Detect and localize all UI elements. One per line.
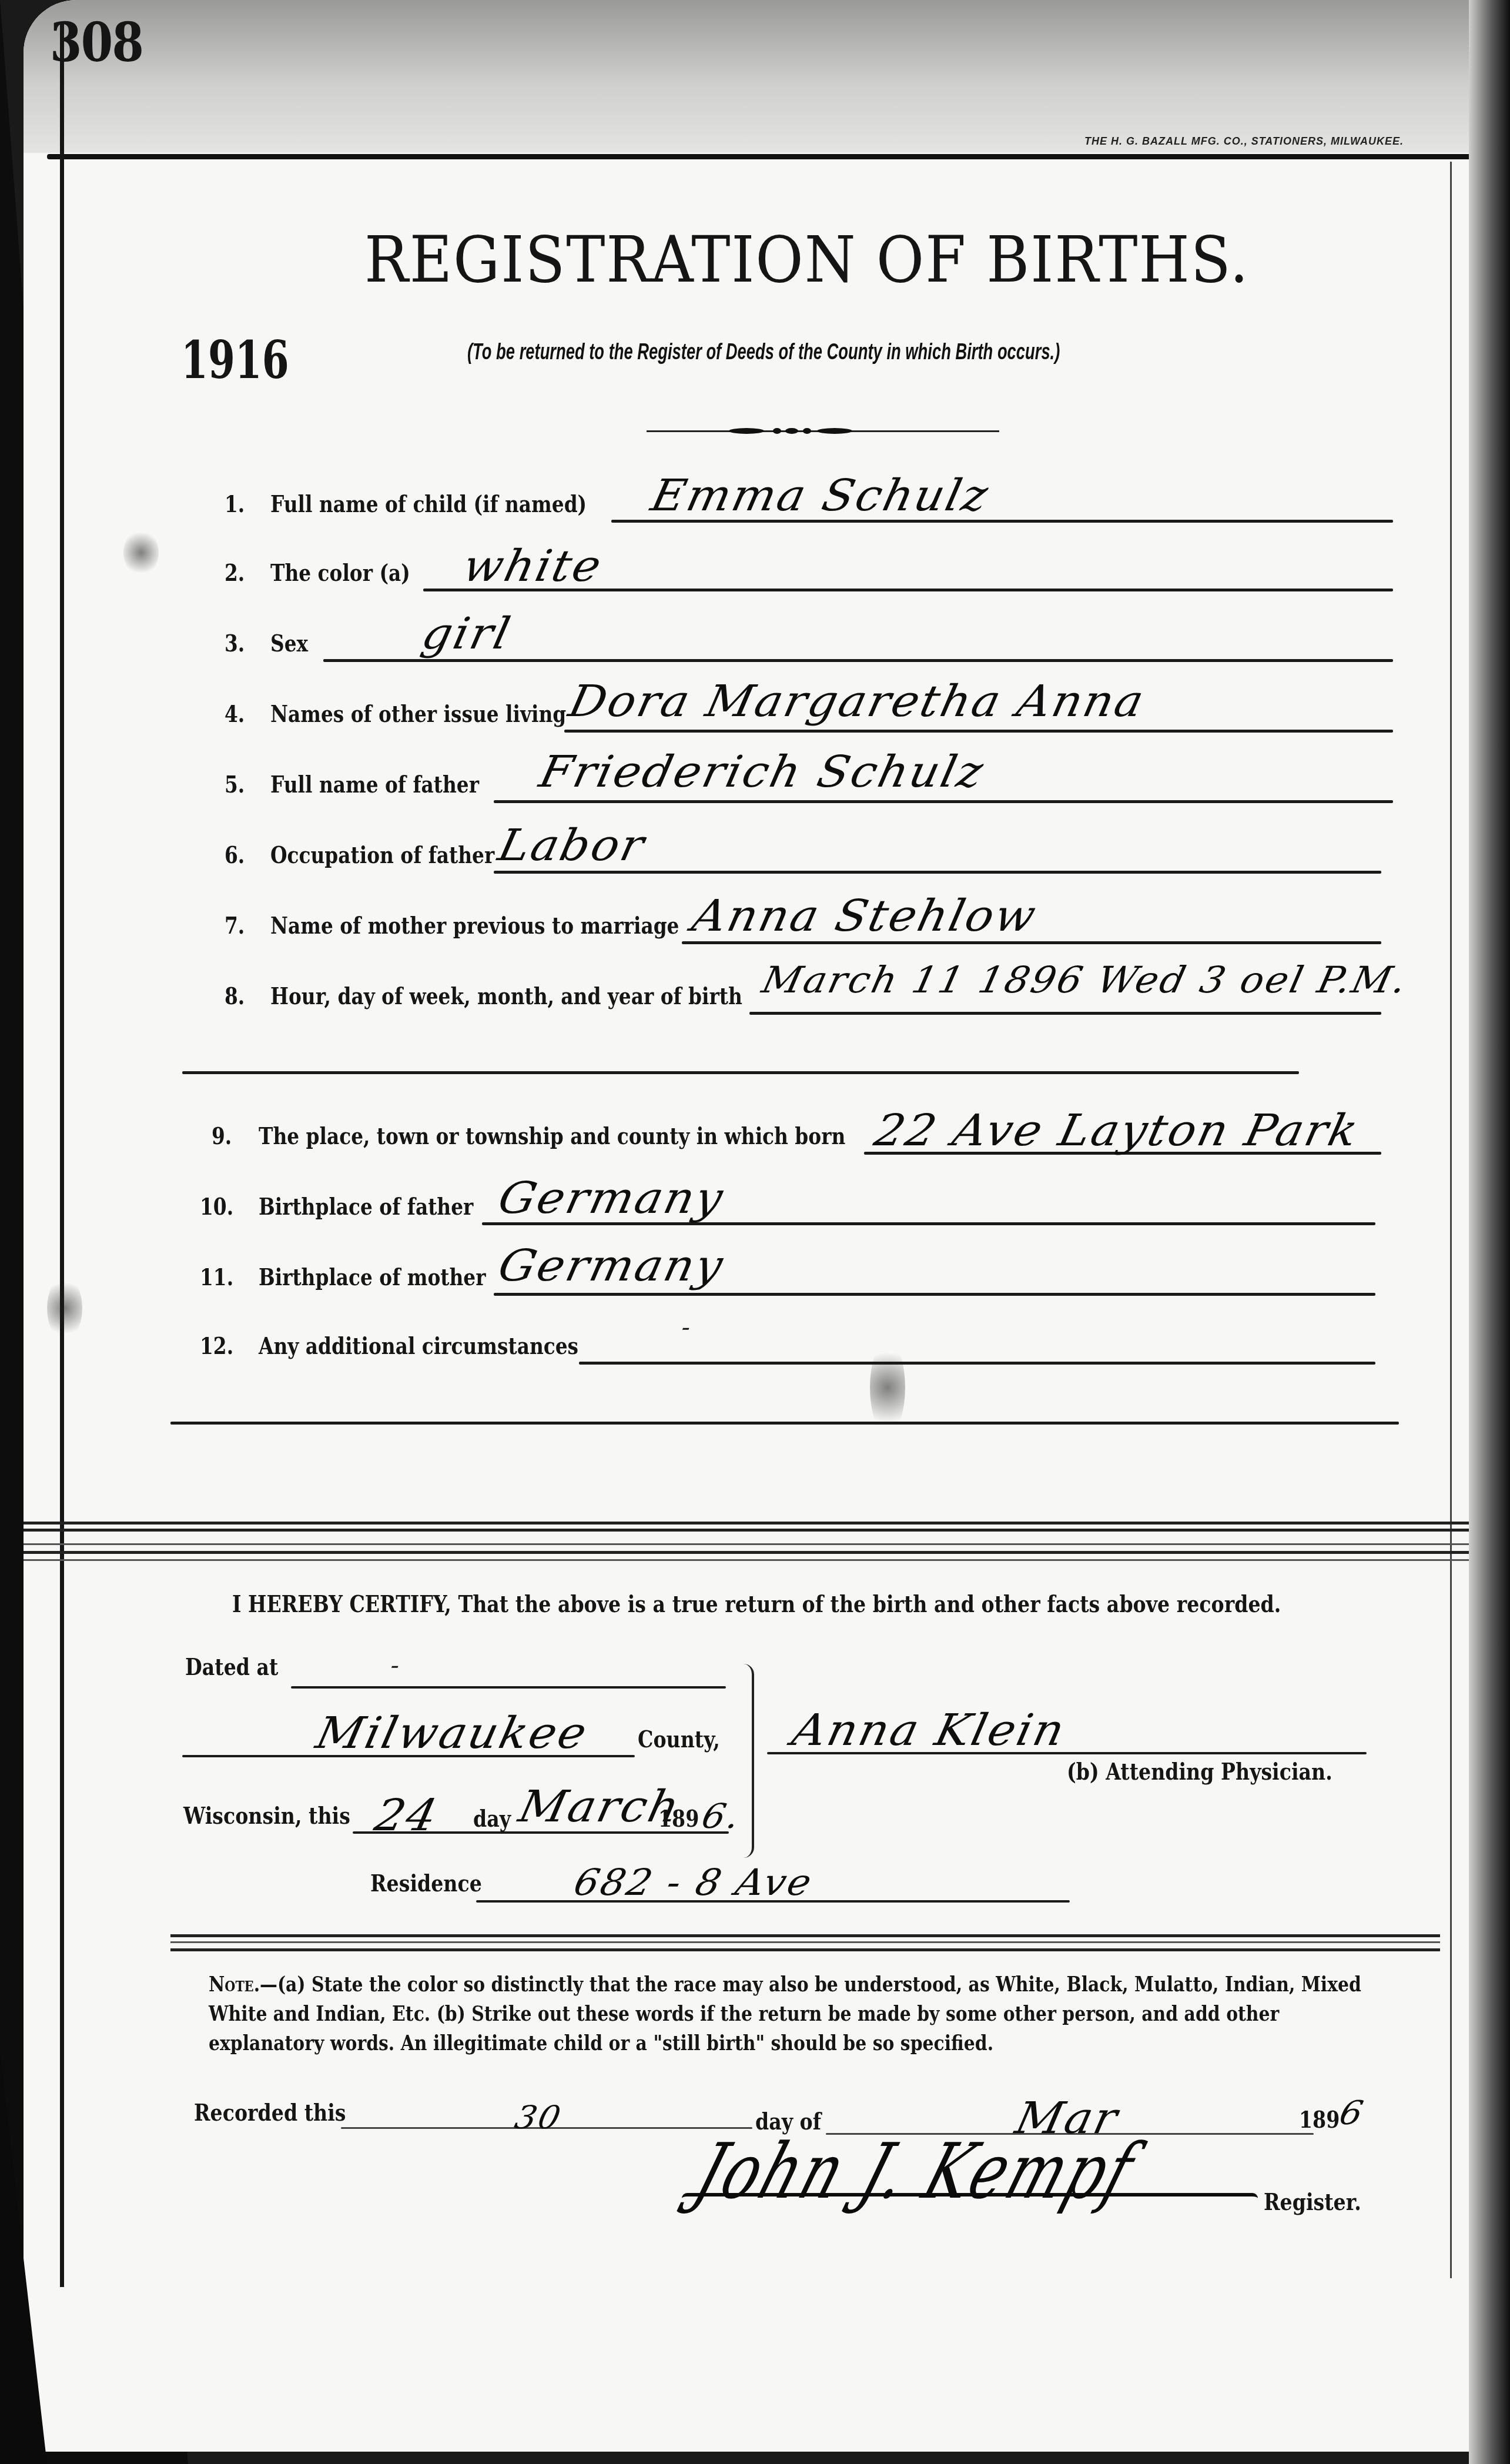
dated-at-line <box>291 1686 726 1689</box>
field-line <box>494 800 1393 803</box>
register-page: 308 THE H. G. BAZALL MFG. CO., STATIONER… <box>24 0 1499 2452</box>
printer-imprint: THE H. G. BAZALL MFG. CO., STATIONERS, M… <box>1084 135 1404 148</box>
note-text: Note.—(a) State the color so distinctly … <box>209 1970 1370 2058</box>
record-number: 1916 <box>181 329 289 390</box>
field-value: 22 Ave Layton Park <box>870 1105 1364 1156</box>
wisconsin-label: Wisconsin, this <box>183 1802 350 1830</box>
margin-rule-right <box>1450 162 1452 2278</box>
field-value: girl <box>417 609 516 659</box>
field-number: 2. <box>225 559 245 587</box>
residence-value: 682 - 8 Ave <box>570 1861 817 1904</box>
field-line <box>749 1012 1381 1015</box>
register-signature: John J. Kempf <box>682 2131 1258 2249</box>
field-line <box>494 1293 1375 1296</box>
field-number: 11. <box>200 1263 233 1291</box>
note-divider <box>170 1941 1440 1943</box>
field-value: - <box>679 1314 695 1341</box>
residence-label: Residence <box>370 1870 482 1897</box>
note-divider <box>170 1948 1440 1951</box>
field-label: Full name of child (if named) <box>270 490 587 518</box>
physician-name: Anna Klein <box>788 1705 1071 1756</box>
field-label: Birthplace of mother <box>259 1263 486 1291</box>
physician-label: (b) Attending Physician. <box>1067 1758 1332 1786</box>
field-label: Full name of father <box>270 771 479 798</box>
field-number: 5. <box>225 771 245 798</box>
field-line <box>579 1362 1375 1365</box>
field-value: Germany <box>494 1173 729 1223</box>
field-8-continuation-line <box>182 1071 1299 1074</box>
section-divider <box>24 1543 1499 1545</box>
field-label: Birthplace of father <box>259 1193 473 1221</box>
field-value: Anna Stehlow <box>688 891 1042 941</box>
field-line <box>564 730 1393 733</box>
header-rule <box>47 154 1499 159</box>
section-divider <box>24 1522 1499 1524</box>
field-label: Names of other issue living <box>270 700 566 728</box>
field-line <box>494 871 1381 874</box>
field-value: Germany <box>494 1241 729 1291</box>
dated-at-value: - <box>388 1652 404 1679</box>
county-value: Milwaukee <box>312 1708 593 1758</box>
field-value: Friederich Schulz <box>535 747 989 797</box>
field-number: 3. <box>225 630 245 657</box>
certification-statement: I HEREBY CERTIFY, That the above is a tr… <box>232 1590 1281 1618</box>
smudge <box>47 1276 82 1340</box>
field-value: white <box>458 541 608 591</box>
instruction-text: (To be returned to the Register of Deeds… <box>467 340 1060 365</box>
field-label: Sex <box>270 630 308 657</box>
field-line <box>682 941 1381 944</box>
margin-rule-left <box>60 24 64 2287</box>
smudge <box>123 529 159 576</box>
field-number: 7. <box>225 912 245 940</box>
note-body: —(a) State the color so distinctly that … <box>209 1972 1361 2055</box>
scan-shadow-bottom-left <box>0 2052 47 2464</box>
field-label: The place, town or township and county i… <box>259 1122 845 1150</box>
dated-at-label: Dated at <box>185 1653 278 1681</box>
smudge <box>870 1340 905 1435</box>
field-label: Occupation of father <box>270 841 494 869</box>
county-label: County, <box>638 1726 720 1753</box>
field-label: Any additional circumstances <box>259 1332 578 1360</box>
field-number: 12. <box>200 1332 233 1360</box>
year-prefix: 189 <box>658 1805 699 1833</box>
certification-bracket <box>744 1664 754 1858</box>
day-label: day <box>473 1805 511 1833</box>
field-12-continuation-line <box>170 1422 1399 1425</box>
field-number: 9. <box>212 1122 232 1150</box>
field-line <box>323 659 1393 662</box>
field-label: The color (a) <box>270 559 410 587</box>
section-divider <box>24 1559 1499 1561</box>
field-value: March 11 1896 Wed 3 oel P.M. <box>758 958 1412 1001</box>
page-title: REGISTRATION OF BIRTHS. <box>364 223 1250 297</box>
section-divider <box>24 1529 1499 1532</box>
field-number: 10. <box>200 1193 233 1221</box>
field-label: Hour, day of week, month, and year of bi… <box>270 982 742 1010</box>
year-suffix: 6. <box>698 1796 745 1836</box>
field-label: Name of mother previous to marriage <box>270 912 679 940</box>
register-label: Register. <box>1264 2188 1361 2216</box>
field-value: Labor <box>494 820 651 871</box>
note-divider <box>170 1934 1440 1937</box>
field-value: Emma Schulz <box>647 470 995 521</box>
scan-gutter-right <box>1469 0 1510 2464</box>
field-number: 4. <box>225 700 245 728</box>
field-number: 6. <box>225 841 245 869</box>
field-number: 8. <box>225 982 245 1010</box>
ornamental-divider <box>647 427 999 435</box>
recorded-year-prefix: 189 <box>1299 2106 1340 2134</box>
page-number: 308 <box>50 11 143 74</box>
section-divider <box>24 1551 1499 1554</box>
note-lead: Note. <box>209 1972 260 1997</box>
day-value: 24 <box>370 1790 443 1841</box>
recorded-day-value: 30 <box>511 2099 566 2136</box>
field-value: Dora Margaretha Anna <box>564 676 1150 727</box>
recorded-label: Recorded this <box>194 2099 346 2127</box>
field-number: 1. <box>225 490 245 518</box>
recorded-year-suffix: 6 <box>1336 2094 1368 2132</box>
